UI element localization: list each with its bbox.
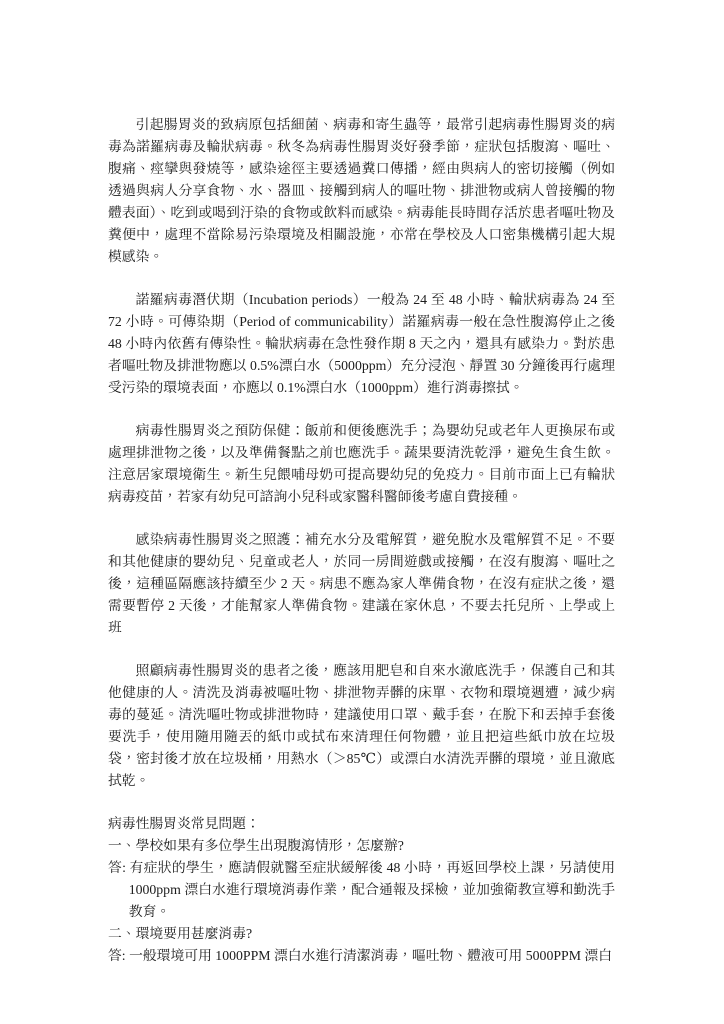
faq-question-2: 二、環境要用甚麼消毒? <box>108 923 615 945</box>
faq-section: 病毒性腸胃炎常見問題： 一、學校如果有多位學生出現腹瀉情形，怎麼辦? 答: 有症… <box>108 813 615 967</box>
faq-answer-2: 答: 一般環境可用 1000PPM 漂白水進行清潔消毒，嘔吐物、體液可用 500… <box>108 945 615 967</box>
paragraph-incubation: 諾羅病毒潛伏期（Incubation periods）一般為 24 至 48 小… <box>108 289 615 399</box>
paragraph-care: 感染病毒性腸胃炎之照護：補充水分及電解質，避免脫水及電解質不足。不要和其他健康的… <box>108 529 615 639</box>
faq-answer-1: 答: 有症狀的學生，應請假就醫至症狀緩解後 48 小時，再返回學校上課，另請使用… <box>108 857 615 923</box>
document-page: { "page": { "background_color": "#ffffff… <box>0 0 724 1024</box>
faq-title: 病毒性腸胃炎常見問題： <box>108 813 615 835</box>
faq-question-1: 一、學校如果有多位學生出現腹瀉情形，怎麼辦? <box>108 835 615 857</box>
document-text-body: 引起腸胃炎的致病原包括細菌、病毒和寄生蟲等，最常引起病毒性腸胃炎的病毒為諾羅病毒… <box>108 114 615 967</box>
paragraph-intro: 引起腸胃炎的致病原包括細菌、病毒和寄生蟲等，最常引起病毒性腸胃炎的病毒為諾羅病毒… <box>108 114 615 268</box>
paragraph-prevention: 病毒性腸胃炎之預防保健：飯前和便後應洗手；為嬰幼兒或老年人更換尿布或處理排泄物之… <box>108 420 615 508</box>
paragraph-cleaning: 照顧病毒性腸胃炎的患者之後，應該用肥皂和自來水澈底洗手，保護自己和其他健康的人。… <box>108 660 615 792</box>
